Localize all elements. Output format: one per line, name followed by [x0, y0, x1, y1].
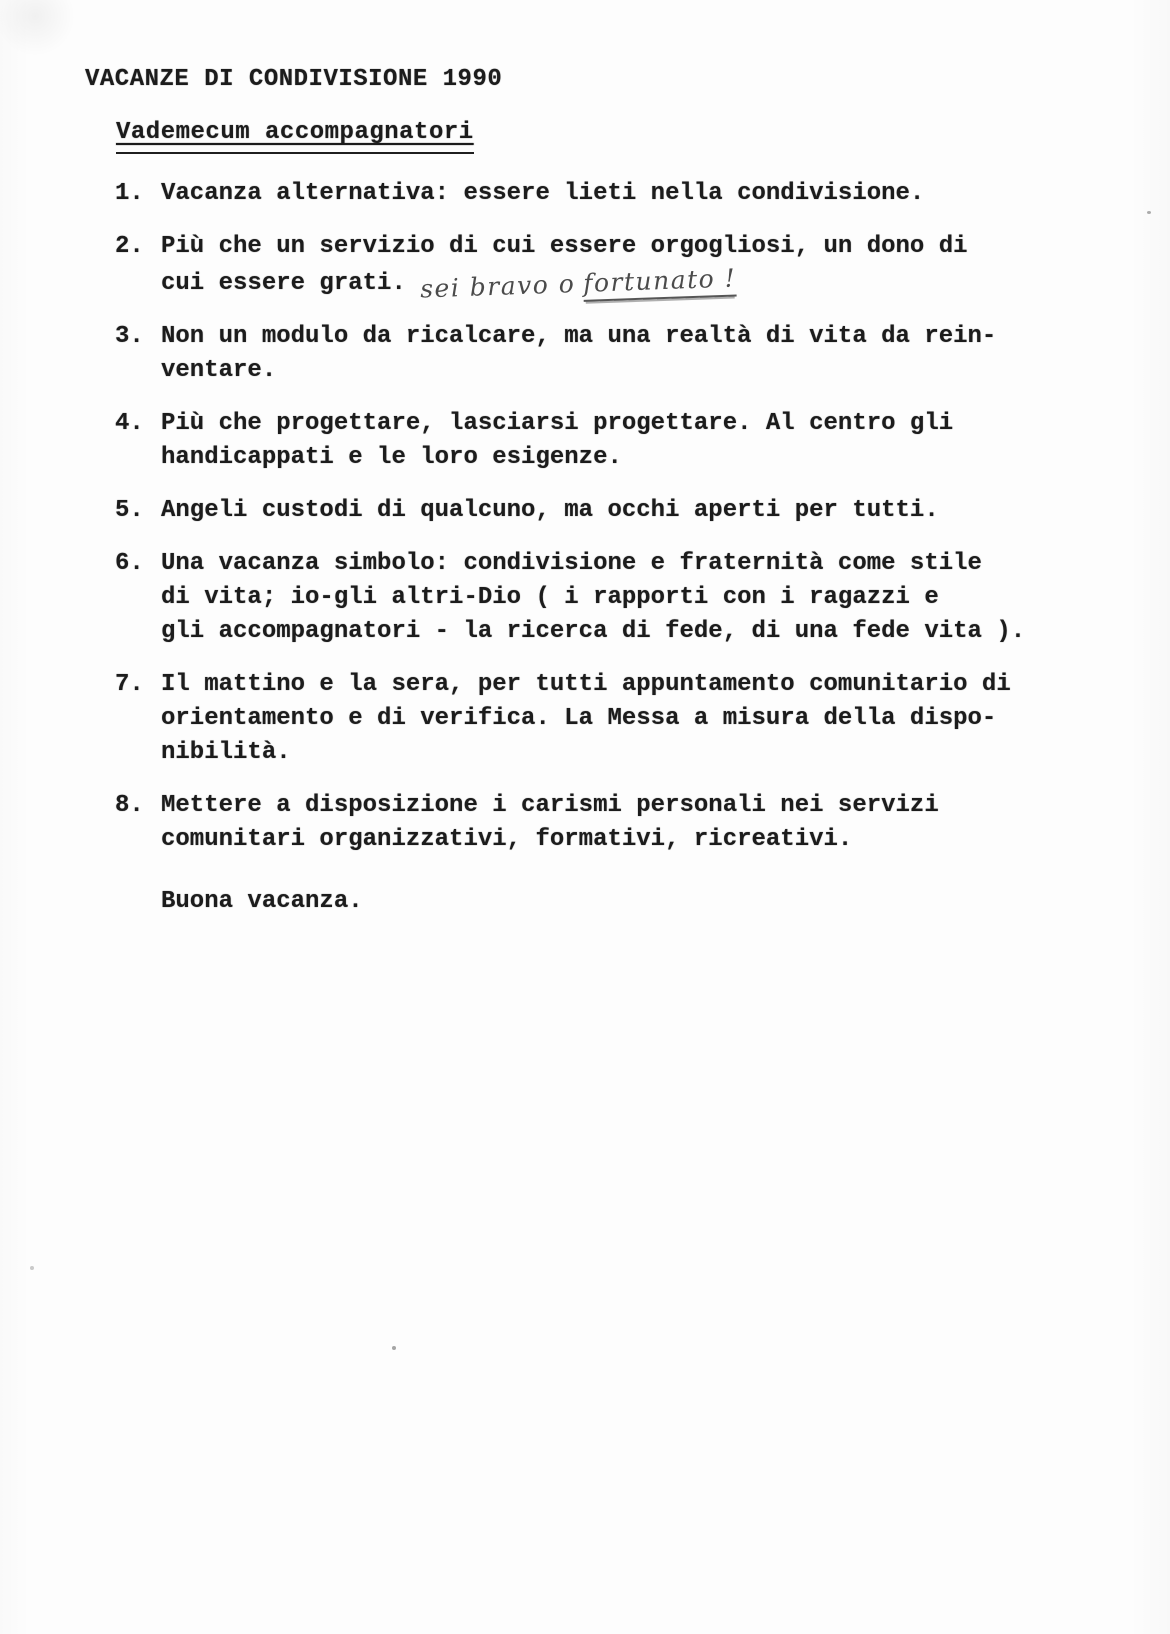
closing-line: Buona vacanza.	[115, 885, 1125, 919]
item-text: Più che progettare, lasciarsi progettare…	[161, 407, 953, 475]
handwritten-annotation: sei bravo ofortunato !	[419, 261, 736, 306]
item-text: Vacanza alternativa: essere lieti nella …	[161, 177, 924, 211]
handwritten-annotation-part1: sei bravo o	[420, 269, 584, 304]
item-number: 2.	[115, 230, 161, 301]
list-item: 7. Il mattino e la sera, per tutti appun…	[115, 668, 1125, 770]
numbered-list: 1. Vacanza alternativa: essere lieti nel…	[115, 177, 1125, 919]
item-text: Più che un servizio di cui essere orgogl…	[161, 230, 968, 301]
item-number: 4.	[115, 407, 161, 475]
scan-speck	[392, 1346, 396, 1350]
list-item: 2. Più che un servizio di cui essere org…	[115, 230, 1125, 301]
item-text: Angeli custodi di qualcuno, ma occhi ape…	[161, 494, 939, 528]
list-item: 1. Vacanza alternativa: essere lieti nel…	[115, 177, 1125, 211]
item-number: 7.	[115, 668, 161, 770]
item-number: 1.	[115, 177, 161, 211]
list-item: 3. Non un modulo da ricalcare, ma una re…	[115, 320, 1125, 388]
item-number: 5.	[115, 494, 161, 528]
scanned-document-page: VACANZE DI CONDIVISIONE 1990 Vademecum a…	[0, 0, 1170, 1634]
scan-speck	[30, 1266, 34, 1270]
item-number: 8.	[115, 789, 161, 857]
item-text: Il mattino e la sera, per tutti appuntam…	[161, 668, 1011, 770]
document-title: VACANZE DI CONDIVISIONE 1990	[85, 66, 502, 93]
scan-speck	[1147, 211, 1151, 214]
item-text: Non un modulo da ricalcare, ma una realt…	[161, 320, 996, 388]
item-text: Una vacanza simbolo: condivisione e frat…	[161, 547, 1025, 649]
item-number: 6.	[115, 547, 161, 649]
list-item: 6. Una vacanza simbolo: condivisione e f…	[115, 547, 1125, 649]
handwritten-annotation-part2: fortunato !	[583, 263, 737, 301]
list-item: 5. Angeli custodi di qualcuno, ma occhi …	[115, 494, 1125, 528]
document-subtitle: Vademecum accompagnatori	[116, 119, 474, 154]
item-number: 3.	[115, 320, 161, 388]
item-text: Mettere a disposizione i carismi persona…	[161, 789, 939, 857]
list-item: 8. Mettere a disposizione i carismi pers…	[115, 789, 1125, 857]
list-item: 4. Più che progettare, lasciarsi progett…	[115, 407, 1125, 475]
